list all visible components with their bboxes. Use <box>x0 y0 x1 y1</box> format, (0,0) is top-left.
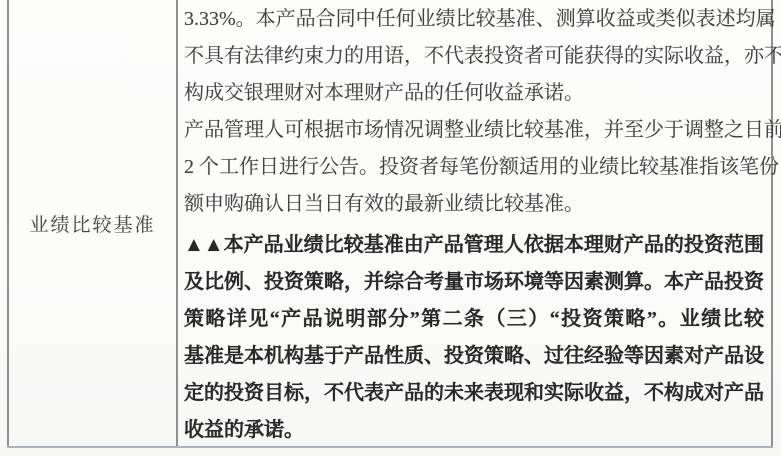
text-line: 构成交银理财对本理财产品的任何收益承诺。 <box>184 75 764 112</box>
text-line-bold: 及比例、投资策略，并综合考量市场环境等因素测算。本产品投资 <box>184 264 764 301</box>
row-header-cell: 业绩比较基准 <box>10 210 175 237</box>
text-line: 2 个工作日进行公告。投资者每笔份额适用的业绩比较基准指该笔份 <box>184 149 764 186</box>
text-line: 产品管理人可根据市场情况调整业绩比较基准，并至少于调整之日前 <box>184 112 764 149</box>
table-column-divider <box>176 0 178 447</box>
text-line-bold: 基准是本机构基于产品性质、投资策略、过往经验等因素对产品设 <box>184 338 764 375</box>
text-line: 不具有法律约束力的用语，不代表投资者可能获得的实际收益，亦不 <box>184 38 764 75</box>
text-line: 3.33%。本产品合同中任何业绩比较基准、测算收益或类似表述均属 <box>184 1 764 38</box>
table-border-left <box>7 0 9 447</box>
scanned-document: 业绩比较基准 3.33%。本产品合同中任何业绩比较基准、测算收益或类似表述均属 … <box>0 0 781 456</box>
text-line-bold: 定的投资目标，不代表产品的未来表现和实际收益，不构成对产品 <box>184 375 764 412</box>
row-header-label: 业绩比较基准 <box>29 215 155 236</box>
text-line: 额申购确认日当日有效的最新业绩比较基准。 <box>184 186 764 223</box>
text-line-bold: ▲▲本产品业绩比较基准由产品管理人依据本理财产品的投资范围 <box>184 227 764 264</box>
table-border-right <box>771 0 773 447</box>
text-line-bold: 策略详见“产品说明部分”第二条（三）“投资策略”。业绩比较 <box>184 301 764 338</box>
text-line-bold: 收益的承诺。 <box>184 412 764 449</box>
row-content-cell: 3.33%。本产品合同中任何业绩比较基准、测算收益或类似表述均属 不具有法律约束… <box>184 1 764 449</box>
